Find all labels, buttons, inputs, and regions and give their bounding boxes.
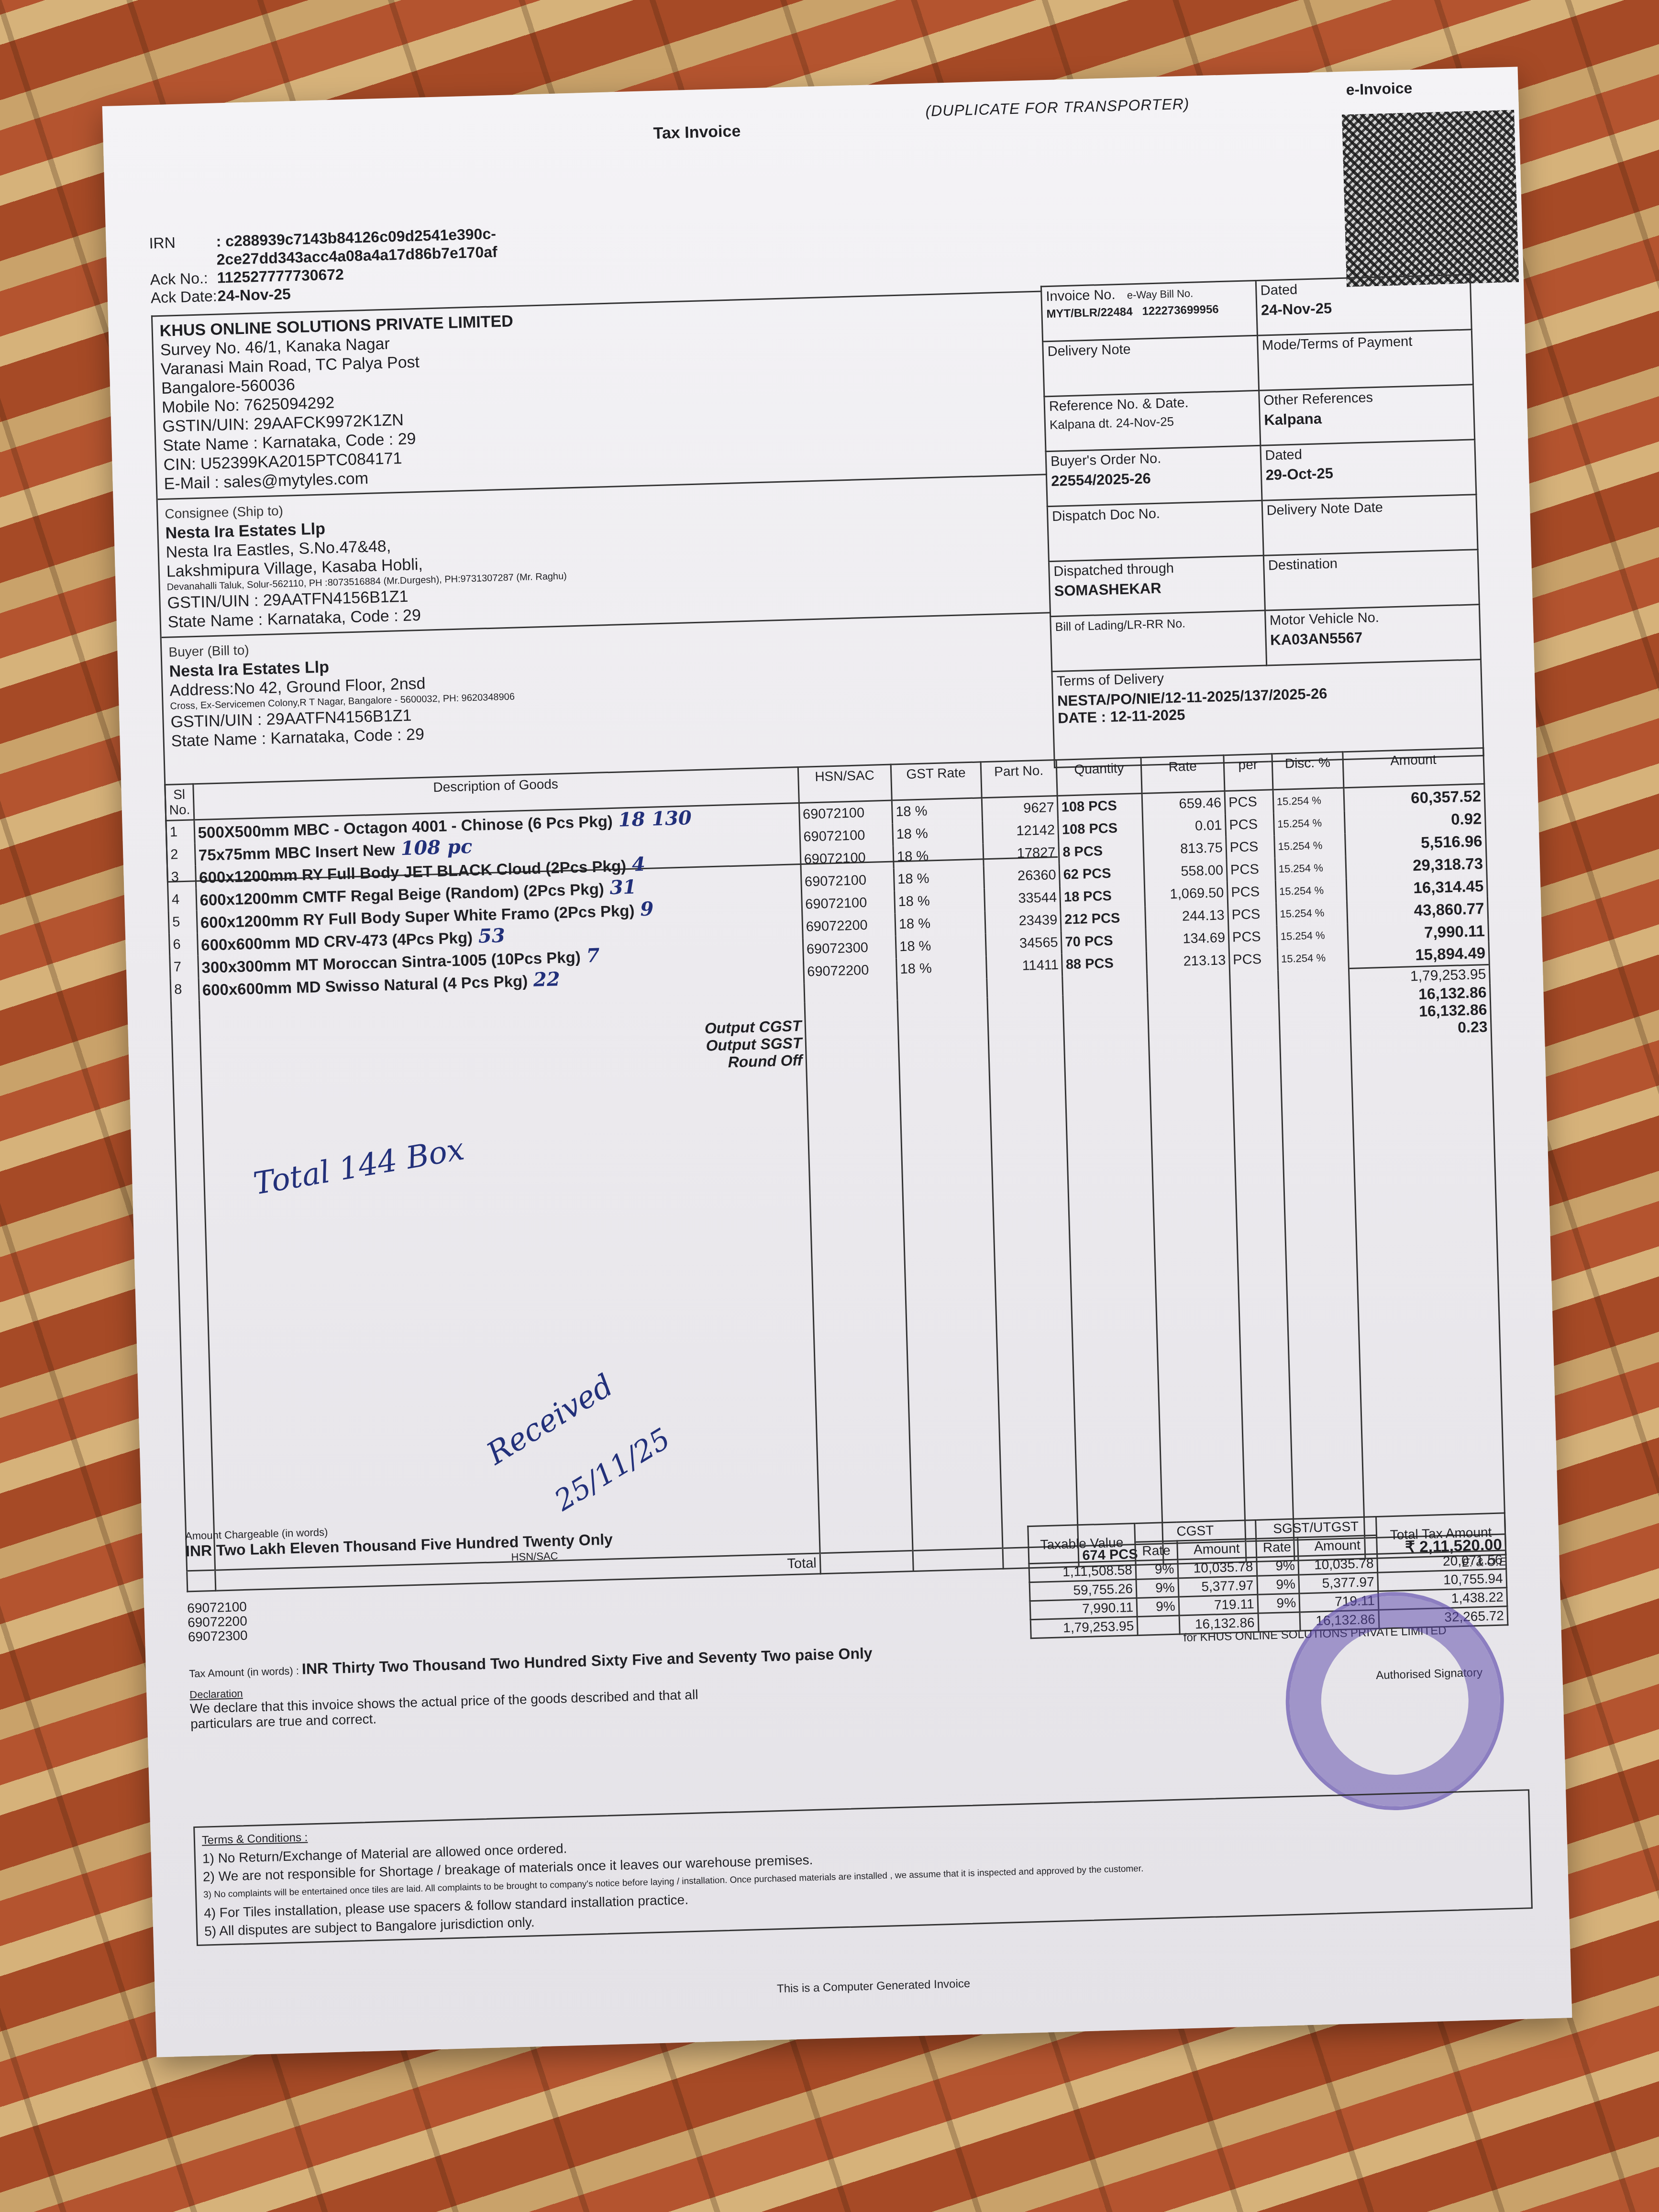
destination-label: Destination: [1268, 556, 1338, 573]
dispatched-through-cell: Dispatched throughSOMASHEKAR: [1049, 555, 1265, 616]
item-discount: 15.254 %: [1276, 901, 1348, 925]
item-quantity: 8 PCS: [1059, 839, 1144, 864]
item-quantity: 18 PCS: [1060, 884, 1145, 909]
col-gst: GST Rate: [891, 762, 982, 800]
reference-value: Kalpana dt. 24-Nov-25: [1050, 412, 1255, 432]
item-gst-rate: 18 %: [893, 843, 984, 868]
item-quantity: 212 PCS: [1061, 907, 1146, 931]
items-table: Sl No. Description of Goods HSN/SAC GST …: [164, 747, 1507, 1605]
handwritten-note: 22: [533, 968, 560, 991]
tax-sgst-amt: 5,377.97: [1299, 1572, 1378, 1593]
reference-cell: Reference No. & Date.Kalpana dt. 24-Nov-…: [1044, 390, 1261, 451]
handwritten-note: 7: [586, 944, 600, 967]
vehicle-label: Motor Vehicle No.: [1270, 610, 1380, 628]
handwritten-note: 108 pc: [400, 835, 473, 860]
item-amount: 43,860.77: [1347, 897, 1488, 923]
item-gst-rate: 18 %: [895, 911, 985, 936]
tax-line-amounts: 16,132.86 16,132.86 0.23: [1349, 983, 1505, 1537]
col-amount: Amount: [1343, 748, 1484, 788]
order-date-cell: Dated29-Oct-25: [1260, 440, 1476, 500]
eway-label: e-Way Bill No.: [1127, 288, 1193, 301]
item-quantity: 108 PCS: [1058, 793, 1143, 818]
item-discount: 15.254 %: [1277, 923, 1349, 948]
handwritten-received-date: 25/11/25: [549, 1422, 676, 1518]
item-rate: 134.69: [1146, 927, 1229, 951]
item-hsn: 69072100: [799, 824, 893, 849]
dated-label: Dated: [1260, 282, 1297, 299]
invoice-no: MYT/BLR/22484: [1046, 305, 1133, 321]
item-hsn: 69072200: [803, 958, 897, 983]
handwritten-note: 18 130: [618, 807, 692, 831]
ack-date: 24-Nov-25: [217, 285, 291, 304]
delivery-note-date-cell: Delivery Note Date: [1262, 495, 1478, 555]
item-discount: 15.254 %: [1274, 833, 1346, 858]
buyer-order-label: Buyer's Order No.: [1051, 451, 1161, 469]
order-dated-value: 29-Oct-25: [1265, 461, 1471, 484]
col-qty: Quantity: [1056, 758, 1142, 796]
item-quantity: 70 PCS: [1061, 929, 1146, 954]
tax-cgst-amt: 10,035.78: [1177, 1557, 1257, 1578]
item-sl: 5: [168, 910, 197, 934]
bill-of-lading-cell: Bill of Lading/LR-RR No.: [1051, 610, 1267, 671]
item-gst-rate: 18 %: [895, 888, 985, 913]
item-amount: 60,357.52: [1344, 784, 1485, 811]
dated-cell: Dated24-Nov-25: [1256, 275, 1472, 335]
col-hsn: HSN/SAC: [798, 764, 892, 803]
item-amount: 16,314.45: [1346, 874, 1487, 901]
consignee-block: Consignee (Ship to) Nesta Ira Estates Ll…: [158, 474, 1051, 637]
tax-cgst-rate: 9%: [1136, 1578, 1179, 1598]
item-rate: 1,069.50: [1145, 882, 1228, 907]
col-rate: Rate: [1141, 755, 1225, 794]
ack-no-label: Ack No.:: [150, 269, 217, 289]
item-part-no: 9627: [982, 796, 1058, 821]
item-discount: 15.254 %: [1277, 946, 1349, 970]
terms-block: Terms & Conditions : 1) No Return/Exchan…: [193, 1789, 1533, 1946]
col-disc: Disc. %: [1272, 752, 1344, 790]
cgst-amount-header: Amount: [1177, 1538, 1256, 1559]
order-dated-label: Dated: [1265, 447, 1302, 463]
item-per: PCS: [1227, 880, 1276, 904]
item-discount: 15.254 %: [1273, 811, 1345, 835]
item-hsn: 69072100: [800, 846, 894, 871]
item-quantity: 88 PCS: [1062, 951, 1147, 976]
invoice-date: 24-Nov-25: [1261, 296, 1466, 319]
handwritten-received: Received: [481, 1368, 619, 1472]
item-gst-rate: 18 %: [896, 933, 986, 958]
tax-words-label: Tax Amount (in words) :: [189, 1665, 299, 1680]
sgst-rate-header: Rate: [1256, 1537, 1298, 1557]
item-rate: 813.75: [1143, 837, 1227, 862]
item-amount: 7,990.11: [1348, 919, 1489, 946]
other-ref-value: Kalpana: [1264, 406, 1470, 429]
ack-no: 112527777730672: [217, 265, 344, 286]
total-taxable: 1,79,253.95: [1030, 1616, 1138, 1638]
item-sl: 2: [166, 843, 195, 866]
item-part-no: 33544: [984, 886, 1061, 911]
irn-label: IRN: [149, 232, 216, 253]
delivery-note-date-label: Delivery Note Date: [1266, 500, 1383, 519]
destination-cell: Destination: [1263, 550, 1480, 610]
invoice-no-cell: Invoice No. e-Way Bill No. MYT/BLR/22484…: [1041, 280, 1257, 341]
item-part-no: 12142: [982, 819, 1059, 843]
invoice-sheet: Tax Invoice (DUPLICATE FOR TRANSPORTER) …: [102, 66, 1572, 2057]
total-tax-header: Total Tax Amount: [1376, 1513, 1505, 1554]
item-part-no: 11411: [986, 954, 1062, 978]
other-ref-cell: Other ReferencesKalpana: [1259, 385, 1475, 445]
col-part: Part No.: [981, 760, 1058, 797]
tax-cgst-rate: 9%: [1136, 1559, 1178, 1579]
item-amount: 0.92: [1344, 807, 1485, 833]
tax-sgst-rate: 9%: [1257, 1575, 1299, 1594]
tax-cgst-rate: 9%: [1137, 1597, 1179, 1616]
item-part-no: 17827: [983, 841, 1059, 866]
item-per: PCS: [1228, 925, 1277, 949]
item-rate: 213.13: [1147, 949, 1230, 974]
taxable-header: Taxable Value: [1028, 1524, 1136, 1564]
tax-taxable: 59,755.26: [1029, 1579, 1137, 1601]
buyer-block: Buyer (Bill to) Nesta Ira Estates Llp Ad…: [162, 612, 1054, 756]
bill-of-lading-label: Bill of Lading/LR-RR No.: [1055, 617, 1185, 634]
item-sl: 6: [169, 933, 198, 956]
cgst-rate-header: Rate: [1135, 1541, 1178, 1560]
qr-code-icon: [1342, 110, 1519, 287]
handwritten-total-boxes: Total 144 Box: [251, 1131, 466, 1202]
tax-sgst-rate: 9%: [1256, 1556, 1299, 1576]
tax-cgst-amt: 719.11: [1179, 1594, 1258, 1615]
delivery-note-cell: Delivery Note: [1043, 335, 1259, 396]
item-amount: 15,894.49: [1348, 942, 1489, 968]
item-sl: 3: [167, 865, 196, 889]
sgst-amount-header: Amount: [1298, 1535, 1377, 1556]
handwritten-note: 31: [609, 876, 637, 899]
handwritten-note: 4: [631, 853, 645, 876]
vehicle-cell: Motor Vehicle No.KA03AN5567: [1265, 605, 1481, 665]
item-hsn: 69072200: [802, 914, 896, 939]
col-per: per: [1224, 754, 1273, 791]
item-rate: 558.00: [1144, 859, 1227, 884]
item-sl: 7: [170, 955, 199, 979]
col-sl: Sl No.: [165, 784, 194, 821]
tax-sgst-rate: 9%: [1257, 1593, 1300, 1613]
item-quantity: 62 PCS: [1060, 862, 1145, 886]
item-per: PCS: [1225, 790, 1273, 814]
seller-block: KHUS ONLINE SOLUTIONS PRIVATE LIMITED Su…: [153, 292, 1047, 498]
tax-cgst-amt: 5,377.97: [1178, 1576, 1258, 1597]
item-hsn: 69072100: [799, 800, 893, 826]
invoice-title: Tax Invoice: [653, 122, 741, 143]
item-amount: 29,318.73: [1346, 852, 1487, 878]
ack-date-label: Ack Date:: [150, 287, 218, 307]
item-gst-rate: 18 %: [892, 798, 982, 824]
payment-cell: Mode/Terms of Payment: [1257, 330, 1473, 390]
tax-taxable: 1,11,508.58: [1029, 1560, 1136, 1582]
item-part-no: 23439: [984, 909, 1061, 933]
item-sl: 1: [166, 820, 195, 844]
item-amount: 5,516.96: [1345, 829, 1486, 856]
item-per: PCS: [1228, 903, 1277, 927]
dispatched-through-label: Dispatched through: [1053, 561, 1174, 579]
dispatch-doc-cell: Dispatch Doc No.: [1047, 500, 1263, 561]
dispatch-doc-label: Dispatch Doc No.: [1052, 506, 1160, 524]
item-sl: 8: [170, 978, 199, 1001]
item-quantity: 108 PCS: [1058, 817, 1143, 841]
handwritten-note: 53: [478, 924, 505, 948]
tax-taxable: 7,990.11: [1030, 1598, 1137, 1619]
item-per: PCS: [1227, 858, 1275, 882]
item-hsn: 69072100: [801, 891, 895, 916]
other-ref-label: Other References: [1263, 390, 1373, 408]
invoice-no-label: Invoice No.: [1046, 287, 1116, 304]
item-discount: 15.254 %: [1275, 878, 1347, 903]
handwritten-note: 9: [640, 898, 654, 921]
item-per: PCS: [1226, 835, 1275, 859]
item-part-no: 26360: [984, 864, 1060, 888]
tax-words: INR Thirty Two Thousand Two Hundred Sixt…: [301, 1644, 873, 1677]
tax-lines-row: Output CGST Output SGST Round Off Total …: [172, 983, 1505, 1571]
item-gst-rate: 18 %: [896, 956, 986, 981]
buyer-order-cell: Buyer's Order No.22554/2025-26: [1046, 445, 1262, 506]
item-discount: 15.254 %: [1273, 788, 1345, 813]
reference-label: Reference No. & Date.: [1049, 395, 1189, 414]
item-rate: 659.46: [1142, 791, 1225, 817]
copy-label: (DUPLICATE FOR TRANSPORTER): [925, 95, 1190, 120]
einvoice-label: e-Invoice: [1346, 79, 1413, 99]
total-cgst: 16,132.86: [1179, 1613, 1259, 1634]
item-rate: 0.01: [1143, 814, 1226, 839]
item-part-no: 34565: [985, 931, 1062, 956]
eway-no: 122273699956: [1142, 303, 1219, 318]
item-per: PCS: [1229, 948, 1278, 972]
irn-block: IRN: c288939c7143b84126c09d2541e390c- 2c…: [149, 224, 498, 307]
item-gst-rate: 18 %: [894, 866, 984, 891]
item-hsn: 69072300: [803, 936, 896, 961]
round-off-amount: 0.23: [1354, 1018, 1488, 1039]
item-rate: 244.13: [1145, 904, 1228, 929]
vehicle-value: KA03AN5567: [1270, 626, 1476, 649]
item-gst-rate: 18 %: [893, 821, 983, 846]
item-sl: 4: [168, 888, 197, 911]
payment-terms-label: Mode/Terms of Payment: [1262, 334, 1413, 354]
delivery-note-label: Delivery Note: [1047, 342, 1131, 359]
tax-sgst-amt: 10,035.78: [1298, 1554, 1378, 1575]
computer-generated-note: This is a Computer Generated Invoice: [777, 1977, 971, 1996]
item-per: PCS: [1225, 813, 1274, 837]
item-hsn: 69072100: [801, 869, 895, 894]
declaration-block: Declaration We declare that this invoice…: [189, 1673, 755, 1732]
dispatched-through-value: SOMASHEKAR: [1054, 577, 1260, 600]
buyer-order-value: 22554/2025-26: [1051, 467, 1257, 490]
terms-of-delivery-label: Terms of Delivery: [1057, 671, 1164, 689]
item-discount: 15.254 %: [1275, 856, 1347, 880]
